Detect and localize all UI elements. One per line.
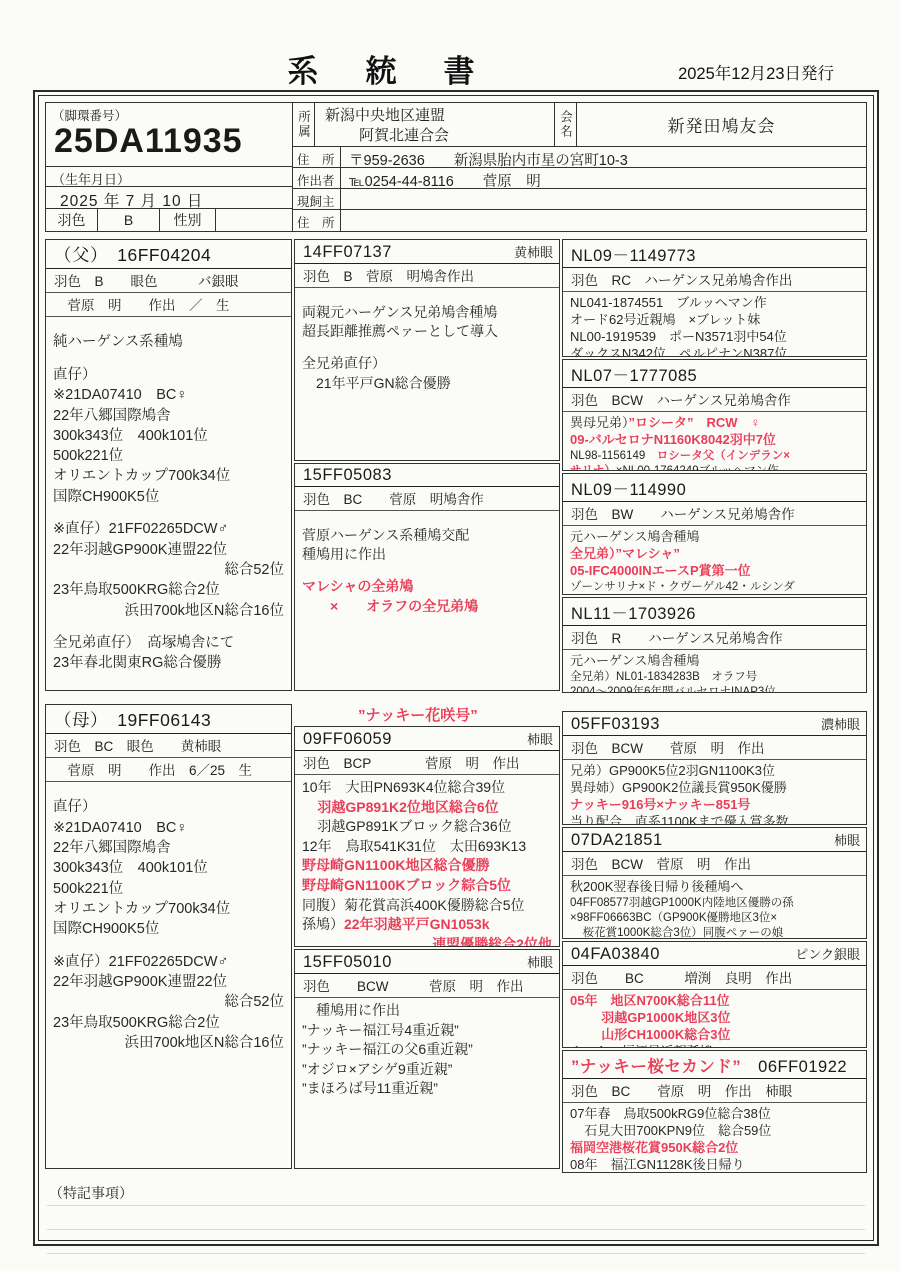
pigeon-attributes: 菅原 明 作出 6／25 生	[46, 758, 291, 782]
address-row: 住 所 〒959-2636 新潟県胎内市星の宮町10-3	[293, 147, 866, 168]
text-segment: 福岡空港桜花賞950K総合2位	[570, 1140, 738, 1155]
pedigree-cell-box: NL09－114990羽色 BW ハーゲンス兄弟鳩舎作元ハーゲンス鳩舎種鳩全兄弟…	[562, 473, 867, 595]
header-right: 所属 新潟中央地区連盟 阿賀北連合会 会名 新発田鳩友会 住 所 〒959-26…	[293, 103, 866, 231]
pedigree-line: 23年春北関東RG総合優勝	[53, 653, 284, 673]
pedigree-cell-box: 14FF07137黄柿眼羽色 B 菅原 明鳩舎作出両親元ハーゲンス兄弟鳩舎種鳩超…	[294, 239, 560, 461]
pedigree-cell-box: 15FF05083羽色 BC 菅原 明鳩舎作菅原ハーゲンス系種鳩交配種鳩用に作出…	[294, 463, 560, 691]
pedigree-notes: 直仔）※21DA07410 BC♀22年八郷国際鳩舎300k343位 400k1…	[46, 782, 291, 1168]
mother-cell: （母） 19FF06143羽色 BC 眼色 黄柿眼 菅原 明 作出 6／25 生…	[45, 704, 292, 1169]
pedigree-line: NL041-1874551 ブルッヘマン作	[570, 295, 859, 312]
pedigree-line: 総合52位	[53, 560, 284, 580]
text-segment: NL11－1703926	[571, 600, 696, 624]
pedigree-line: ※直仔）21FF02265DCW♂	[53, 952, 284, 972]
pedigree-line: 野母崎GN1100Kブロック綜合5位	[302, 876, 552, 896]
pedigree-line: ※直仔）21FF02265DCW♂	[53, 519, 284, 539]
pigeon-id: 04FA03840ピンク銀眼	[563, 942, 866, 966]
text-segment: 異母兄弟）	[570, 415, 629, 430]
text-segment: （母） 19FF06143	[54, 707, 211, 732]
special-notes-label: （特記事項）	[45, 1183, 867, 1203]
pedigree-line: 全兄弟）”マレシャ”	[570, 546, 859, 563]
pedigree-line: 05-IFC4000INエースP賞第一位	[570, 563, 859, 580]
text-segment: 野母崎GN1100Kブロック綜合5位	[302, 877, 511, 893]
great-grandparent-cell: NL07－1777085羽色 BCW ハーゲンス兄弟鳩舎作異母兄弟）”ロシータ”…	[562, 359, 867, 471]
owner-value	[341, 189, 866, 209]
affiliation-row: 所属 新潟中央地区連盟 阿賀北連合会 会名 新発田鳩友会	[293, 103, 866, 147]
pedigree-notes: 07年春 鳥取500kRG9位総合38位石見大田700KPN9位 総合59位福岡…	[563, 1103, 866, 1173]
pigeon-id: 15FF05010柿眼	[295, 950, 559, 974]
text-segment: NL09－1149773	[571, 242, 696, 266]
affiliation-label: 所属	[293, 103, 315, 146]
pedigree-line: ※21DA07410 BC♀	[53, 385, 284, 405]
text-segment: ×98FF06663BC（GP900K優勝地区3位×	[570, 912, 777, 924]
pedigree-line: NL00-1919539 ポーN3571羽中54位	[570, 329, 859, 346]
owner-address-value	[341, 210, 866, 231]
pedigree-line: 22年八郷国際鳩舎	[53, 406, 284, 426]
pedigree-cell-box: （母） 19FF06143羽色 BC 眼色 黄柿眼 菅原 明 作出 6／25 生…	[45, 704, 292, 1169]
text-segment: マレシャの全弟鳩	[302, 578, 413, 594]
pedigree-line: 直仔）	[53, 365, 284, 385]
pedigree-cell-box: 04FA03840ピンク銀眼羽色 BC 増渕 良明 作出05年 地区N700K総…	[562, 941, 867, 1048]
eye-color: 柿眼	[527, 952, 553, 971]
pedigree-line: 10年 大田PN693K4位総合39位	[302, 778, 552, 798]
pedigree-line: 500k221位	[53, 446, 284, 466]
pedigree-notes: 元ハーゲンス鳩舎種鳩全兄弟）NL01-1834283B オラフ号2004～200…	[563, 650, 866, 693]
pedigree-line: NL98-1156149 ロシータ父（インデラン×	[570, 449, 859, 464]
pedigree-line: オード62号近親鳩 ×ブレット妹	[570, 312, 859, 329]
pigeon-attributes: 羽色 RC ハーゲンス兄弟鳩舎作出	[563, 268, 866, 292]
pigeon-nickname: ”ナッキー花咲号”	[294, 704, 560, 726]
certificate-frame-inner: （脚環番号） 25DA11935 （生年月日） 2025 年 7 月 10 日 …	[38, 95, 874, 1241]
breeder-row: 作出者 ℡0254-44-8116 菅原 明	[293, 168, 866, 189]
text-segment: 総合52位	[224, 562, 284, 578]
father-cell: （父） 16FF04204羽色 B 眼色 バ銀眼 菅原 明 作出 ／ 生純ハーゲ…	[45, 239, 292, 691]
pedigree-line: オリエントカップ700k34位	[53, 899, 284, 919]
pedigree-line	[302, 291, 552, 303]
pedigree-line: 22年羽越GP900K連盟22位	[53, 540, 284, 560]
pigeon-attributes: 羽色 BCW 菅原 明 作出	[295, 974, 559, 998]
owner-row: 現飼主	[293, 189, 866, 210]
text-segment: （父） 16FF04204	[54, 242, 211, 267]
document-title: 系 統 書	[0, 46, 770, 91]
pedigree-line: サリナ）×NL00-1764249ブルッヘマン作	[570, 464, 859, 471]
pedigree-notes: 異母兄弟）”ロシータ” RCW ♀09-バルセロナN1160K8042羽中7位N…	[563, 412, 866, 471]
pedigree-notes: 両親元ハーゲンス兄弟鳩舎種鳩超長距離推薦ペァーとして導入全兄弟直仔） 21年平戸…	[295, 288, 559, 460]
pedigree-line	[53, 320, 284, 332]
father-greatgrandparents-column: NL09－1149773羽色 RC ハーゲンス兄弟鳩舎作出NL041-18745…	[562, 239, 867, 693]
text-segment: サリナ）	[570, 465, 616, 471]
pedigree-line: 国際CH900K5位	[53, 487, 284, 507]
pedigree-line: 22年八郷国際鳩舎	[53, 838, 284, 858]
pigeon-id: （父） 16FF04204	[46, 240, 291, 269]
text-segment: 07DA21851	[571, 831, 663, 850]
pedigree-line: 直仔）	[53, 797, 284, 817]
pedigree-line: 同腹）菊花賞高浜400K優勝総合5位	[302, 896, 552, 916]
text-segment: 09-バルセロナN1160K8042羽中7位	[570, 432, 776, 447]
text-segment: ロシータ父（インデラン×	[657, 450, 790, 462]
great-grandparent-cell: NL11－1703926羽色 R ハーゲンス兄弟鳩舎作元ハーゲンス鳩舎種鳩全兄弟…	[562, 597, 867, 693]
pigeon-attributes: 羽色 B 眼色 バ銀眼	[46, 269, 291, 293]
pedigree-line: 兄弟）GP900K5位2羽GN1100K3位	[570, 763, 859, 780]
club-label: 会名	[555, 103, 577, 146]
text-segment: ”ナッキー桜セカンド”	[571, 1053, 741, 1077]
pedigree-line: ×98FF06663BC（GP900K優勝地区3位×	[570, 911, 859, 926]
text-segment: NL07－1777085	[571, 362, 697, 386]
issue-date: 2025年12月23日発行	[678, 60, 834, 84]
special-notes-section: （特記事項）	[45, 1183, 867, 1257]
pigeon-id: 05FF03193濃柿眼	[563, 712, 866, 736]
text-segment: 05FF03193	[571, 715, 660, 734]
pedigree-cell-box: 05FF03193濃柿眼羽色 BCW 菅原 明 作出兄弟）GP900K5位2羽G…	[562, 711, 867, 825]
pedigree-line: 500k221位	[53, 879, 284, 899]
pedigree-line: 種鳩用に作出	[302, 545, 552, 565]
text-segment: 山形CH1000K総合3位	[601, 1027, 730, 1042]
maternal-grandfather-cell: ”ナッキー花咲号”09FF06059柿眼羽色 BCP 菅原 明 作出10年 大田…	[294, 704, 560, 947]
pedigree-line: 09-バルセロナN1160K8042羽中7位	[570, 432, 859, 449]
pedigree-line: 全兄弟直仔）	[302, 354, 552, 374]
pigeon-id: （母） 19FF06143	[46, 705, 291, 734]
pedigree-line	[302, 565, 552, 577]
pigeon-attributes: 羽色 BCP 菅原 明 作出	[295, 751, 559, 775]
ring-number: 25DA11935	[46, 124, 292, 158]
pigeon-attributes: 羽色 BC 菅原 明 作出 柿眼	[563, 1079, 866, 1103]
text-segment: × オラフの全兄弟鳩	[302, 598, 478, 614]
mother-section: （母） 19FF06143羽色 BC 眼色 黄柿眼 菅原 明 作出 6／25 生…	[45, 704, 867, 1173]
pedigree-line: ナッキー福江号近親孫鳩	[570, 1044, 859, 1048]
text-segment: 連盟優勝総合2位他	[432, 936, 560, 947]
pedigree-line: 福岡空港桜花賞950K総合2位	[570, 1140, 859, 1157]
pedigree-line: ナッキー916号×ナッキー851号	[570, 797, 859, 814]
pigeon-id: NL09－1149773	[563, 240, 866, 268]
text-segment: ”ロシータ” RCW ♀	[629, 415, 761, 430]
pedigree-line	[53, 507, 284, 519]
pedigree-notes: NL041-1874551 ブルッヘマン作オード62号近親鳩 ×ブレット妹NL0…	[563, 292, 866, 357]
pedigree-line: 浜田700k地区N総合16位	[53, 601, 284, 621]
pedigree-cell-box: 09FF06059柿眼羽色 BCP 菅原 明 作出10年 大田PN693K4位総…	[294, 726, 560, 947]
pedigree-line: 孫鳩）22年羽越平戸GN1053k	[302, 915, 552, 935]
birth-date: 2025 年 7 月 10 日	[46, 187, 292, 209]
text-segment: 石見大田700KPN9位 総合59位	[584, 1123, 771, 1138]
pedigree-line	[53, 621, 284, 633]
pedigree-line: マレシャの全弟鳩	[302, 577, 552, 597]
text-segment: 2004～2009年6年間バルセロナINAP3位	[570, 686, 776, 693]
eye-color: 柿眼	[834, 830, 860, 849]
pigeon-attributes: 羽色 BCW 菅原 明 作出	[563, 736, 866, 760]
mother-column: （母） 19FF06143羽色 BC 眼色 黄柿眼 菅原 明 作出 6／25 生…	[45, 704, 292, 1173]
pedigree-line: 種鳩用に作出	[302, 1001, 552, 1021]
pedigree-cell-box: NL07－1777085羽色 BCW ハーゲンス兄弟鳩舎作異母兄弟）”ロシータ”…	[562, 359, 867, 471]
pedigree-line: 野母崎GN1100K地区総合優勝	[302, 856, 552, 876]
great-grandparent-cell: NL09－1149773羽色 RC ハーゲンス兄弟鳩舎作出NL041-18745…	[562, 239, 867, 357]
pedigree-notes: 10年 大田PN693K4位総合39位羽越GP891K2位地区総合6位羽越GP8…	[295, 775, 559, 947]
pedigree-line: 羽越GP1000K地区3位	[570, 1010, 859, 1027]
sex-label: 性別	[160, 209, 216, 231]
pedigree-line: 異母姉）GP900K2位議長賞950K優勝	[570, 780, 859, 797]
text-segment: 浜田700k地区N総合16位	[124, 1035, 284, 1051]
pedigree-line: 2004～2009年6年間バルセロナINAP3位	[570, 685, 859, 693]
birth-date-label: （生年月日）	[46, 167, 292, 187]
pedigree-line: 04FF08577羽越GP1000K内陸地区優勝の孫	[570, 896, 859, 911]
pedigree-grid: （父） 16FF04204羽色 B 眼色 バ銀眼 菅原 明 作出 ／ 生純ハーゲ…	[45, 239, 867, 1173]
text-segment: 孫鳩）	[302, 916, 344, 932]
pedigree-line: 超長距離推薦ペァーとして導入	[302, 322, 552, 342]
pedigree-line: 山形CH1000K総合3位	[570, 1027, 859, 1044]
pigeon-id: 09FF06059柿眼	[295, 727, 559, 751]
pedigree-line: 23年鳥取500KRG総合2位	[53, 1013, 284, 1033]
owner-address-row: 住 所	[293, 210, 866, 231]
pigeon-attributes: 羽色 BC 菅原 明鳩舎作	[295, 487, 559, 511]
pedigree-line: 12年 鳥取541K31位 太田693K13	[302, 837, 552, 857]
pedigree-cell-box: NL11－1703926羽色 R ハーゲンス兄弟鳩舎作元ハーゲンス鳩舎種鳩全兄弟…	[562, 597, 867, 693]
paternal-grandmother-cell: 15FF05083羽色 BC 菅原 明鳩舎作菅原ハーゲンス系種鳩交配種鳩用に作出…	[294, 463, 560, 691]
pedigree-line	[53, 939, 284, 951]
breeder-value: ℡0254-44-8116 菅原 明	[341, 168, 866, 188]
pedigree-line: 元ハーゲンス鳩舎種鳩	[570, 529, 859, 546]
eye-color: 柿眼	[527, 729, 553, 748]
pedigree-line: 秋200K翌春後日帰り後種鳩へ	[570, 879, 859, 896]
note-ruled-line	[47, 1229, 865, 1230]
text-segment: 羽越GP1000K地区3位	[601, 1010, 730, 1025]
pigeon-id: 07DA21851柿眼	[563, 828, 866, 852]
pedigree-line: ダックスN342位 ペルピナンN387位	[570, 346, 859, 357]
pedigree-line: 純ハーゲンス系種鳩	[53, 332, 284, 352]
pedigree-line: 22年羽越GP900K連盟22位	[53, 972, 284, 992]
pigeon-id: 15FF05083	[295, 464, 559, 487]
pigeon-attributes: 羽色 BCW ハーゲンス兄弟鳩舎作	[563, 388, 866, 412]
feather-sex-row: 羽色 B 性別	[46, 209, 292, 231]
eye-color: 濃柿眼	[821, 714, 860, 733]
text-segment: ×NL00-1764249ブルッヘマン作	[616, 465, 779, 471]
text-segment: 全兄弟）”マレシャ”	[570, 546, 680, 561]
pigeon-attributes: 羽色 BCW 菅原 明 作出	[563, 852, 866, 876]
sex-value	[216, 209, 292, 231]
pedigree-line: 羽越GP891Kブロック総合36位	[302, 817, 552, 837]
pedigree-line: 桜花賞1000K総合3位）同腹ペァーの娘	[570, 926, 859, 939]
note-ruled-line	[47, 1253, 865, 1254]
pedigree-line: 23年鳥取500KRG総合2位	[53, 580, 284, 600]
pedigree-notes: 元ハーゲンス鳩舎種鳩全兄弟）”マレシャ”05-IFC4000INエースP賞第一位…	[563, 526, 866, 595]
pedigree-line: × オラフの全兄弟鳩	[302, 597, 552, 617]
mother-grandparents-column: ”ナッキー花咲号”09FF06059柿眼羽色 BCP 菅原 明 作出10年 大田…	[294, 704, 560, 1173]
text-segment: 野母崎GN1100K地区総合優勝	[302, 857, 489, 873]
pedigree-cell-box: 07DA21851柿眼羽色 BCW 菅原 明 作出秋200K翌春後日帰り後種鳩へ…	[562, 827, 867, 939]
text-segment: NL09－114990	[571, 476, 686, 500]
pedigree-line: 全兄弟直仔） 高塚鳩舎にて	[53, 633, 284, 653]
pedigree-line: 羽越GP891K2位地区総合6位	[302, 798, 552, 818]
pedigree-line: 300k343位 400k101位	[53, 426, 284, 446]
feather-color-value: B	[98, 209, 160, 231]
pedigree-cell-box: 15FF05010柿眼羽色 BCW 菅原 明 作出 種鳩用に作出”ナッキー福江号…	[294, 949, 560, 1169]
pigeon-attributes: 羽色 BW ハーゲンス兄弟鳩舎作	[563, 502, 866, 526]
pedigree-line: ”ナッキー福江号4重近親”	[302, 1021, 552, 1041]
text-segment: 15FF05010	[303, 953, 392, 972]
pigeon-attributes: 羽色 R ハーゲンス兄弟鳩舎作	[563, 626, 866, 650]
text-segment: NL98-1156149	[570, 450, 657, 462]
address-label: 住 所	[293, 147, 341, 167]
pedigree-line	[53, 785, 284, 797]
eye-color: 黄柿眼	[514, 242, 553, 261]
pedigree-line: 国際CH900K5位	[53, 919, 284, 939]
text-segment: 浜田700k地区N総合16位	[124, 603, 284, 619]
pedigree-line: ※21DA07410 BC♀	[53, 818, 284, 838]
text-segment: 05-IFC4000INエースP賞第一位	[570, 563, 751, 578]
pedigree-line	[53, 353, 284, 365]
owner-label: 現飼主	[293, 189, 341, 209]
note-ruled-line	[47, 1205, 865, 1206]
header-box: （脚環番号） 25DA11935 （生年月日） 2025 年 7 月 10 日 …	[45, 102, 867, 232]
text-segment: 09FF06059	[303, 730, 392, 749]
pigeon-id: 14FF07137黄柿眼	[295, 240, 559, 264]
pigeon-id: NL09－114990	[563, 474, 866, 502]
pedigree-cell-box: （父） 16FF04204羽色 B 眼色 バ銀眼 菅原 明 作出 ／ 生純ハーゲ…	[45, 239, 292, 691]
pedigree-line: 07年春 鳥取500kRG9位総合38位	[570, 1106, 859, 1123]
text-segment: 22年羽越平戸GN1053k	[344, 916, 490, 932]
pigeon-attributes: 羽色 B 菅原 明鳩舎作出	[295, 264, 559, 288]
pedigree-cell-box: ”ナッキー桜セカンド” 06FF01922羽色 BC 菅原 明 作出 柿眼07年…	[562, 1050, 867, 1173]
text-segment: 総合52位	[224, 994, 284, 1010]
great-grandparent-cell: 07DA21851柿眼羽色 BCW 菅原 明 作出秋200K翌春後日帰り後種鳩へ…	[562, 827, 867, 939]
certificate-frame: （脚環番号） 25DA11935 （生年月日） 2025 年 7 月 10 日 …	[33, 90, 879, 1246]
pedigree-line: 300k343位 400k101位	[53, 858, 284, 878]
mother-greatgrandparents-column: 05FF03193濃柿眼羽色 BCW 菅原 明 作出兄弟）GP900K5位2羽G…	[562, 711, 867, 1173]
pedigree-line: 浜田700k地区N総合16位	[53, 1033, 284, 1053]
pigeon-attributes: 羽色 BC 増渕 良明 作出	[563, 966, 866, 990]
pedigree-notes: 兄弟）GP900K5位2羽GN1100K3位異母姉）GP900K2位議長賞950…	[563, 760, 866, 825]
pedigree-line: 当り配合 直系1100Kまで優入賞多数	[570, 814, 859, 825]
pedigree-notes: 秋200K翌春後日帰り後種鳩へ04FF08577羽越GP1000K内陸地区優勝の…	[563, 876, 866, 939]
pigeon-attributes: 羽色 BC 眼色 黄柿眼	[46, 734, 291, 758]
text-segment: 桜花賞1000K総合3位）同腹ペァーの娘	[583, 927, 784, 939]
great-grandparent-cell: 05FF03193濃柿眼羽色 BCW 菅原 明 作出兄弟）GP900K5位2羽G…	[562, 711, 867, 825]
great-grandparent-cell: 04FA03840ピンク銀眼羽色 BC 増渕 良明 作出05年 地区N700K総…	[562, 941, 867, 1048]
pedigree-line: 元ハーゲンス鳩舎種鳩	[570, 653, 859, 670]
text-segment: ゾーンサリナ×ド・クヴーゲル42・ルシンダ	[570, 581, 795, 593]
father-column: （父） 16FF04204羽色 B 眼色 バ銀眼 菅原 明 作出 ／ 生純ハーゲ…	[45, 239, 292, 693]
club-name: 新発田鳩友会	[577, 103, 866, 146]
pedigree-line: ゾーンサリナ×ド・クヴーゲル42・ルシンダ	[570, 580, 859, 595]
text-segment: 06FF01922	[741, 1053, 847, 1077]
pedigree-line: ”まほろば号11重近親”	[302, 1079, 552, 1099]
text-segment: 04FA03840	[571, 945, 660, 964]
maternal-grandmother-cell: 15FF05010柿眼羽色 BCW 菅原 明 作出 種鳩用に作出”ナッキー福江号…	[294, 949, 560, 1169]
pedigree-line: 全兄弟）NL01-1834283B オラフ号	[570, 670, 859, 685]
paternal-grandfather-cell: 14FF07137黄柿眼羽色 B 菅原 明鳩舎作出両親元ハーゲンス兄弟鳩舎種鳩超…	[294, 239, 560, 461]
text-segment: 14FF07137	[303, 243, 392, 262]
pigeon-id: ”ナッキー桜セカンド” 06FF01922	[563, 1051, 866, 1079]
pedigree-notes: 種鳩用に作出”ナッキー福江号4重近親””ナッキー福江の父6重近親””オジロ×アシ…	[295, 998, 559, 1168]
owner-address-label: 住 所	[293, 210, 341, 231]
pedigree-line: 両親元ハーゲンス兄弟鳩舎種鳩	[302, 303, 552, 323]
pedigree-line: オリエントカップ700k34位	[53, 466, 284, 486]
pedigree-line: ”ナッキー福江の父6重近親”	[302, 1040, 552, 1060]
affiliation-line2: 阿賀北連合会	[325, 126, 554, 146]
title-bar: 系 統 書 2025年12月23日発行	[0, 46, 900, 86]
pedigree-line: 総合52位	[53, 992, 284, 1012]
text-segment: ナッキー916号×ナッキー851号	[570, 797, 750, 812]
pedigree-line: 異母兄弟）”ロシータ” RCW ♀	[570, 415, 859, 432]
pigeon-attributes: 菅原 明 作出 ／ 生	[46, 293, 291, 317]
pedigree-line: 菅原ハーゲンス系種鳩交配	[302, 526, 552, 546]
breeder-label: 作出者	[293, 168, 341, 188]
eye-color: ピンク銀眼	[795, 944, 860, 963]
affiliation-value: 新潟中央地区連盟 阿賀北連合会	[315, 103, 555, 146]
pedigree-notes: 菅原ハーゲンス系種鳩交配種鳩用に作出マレシャの全弟鳩 × オラフの全兄弟鳩	[295, 511, 559, 690]
text-segment: 15FF05083	[303, 466, 392, 485]
pigeon-id: NL11－1703926	[563, 598, 866, 626]
pigeon-id: NL07－1777085	[563, 360, 866, 388]
great-grandparent-cell: ”ナッキー桜セカンド” 06FF01922羽色 BC 菅原 明 作出 柿眼07年…	[562, 1050, 867, 1173]
pedigree-cell-box: NL09－1149773羽色 RC ハーゲンス兄弟鳩舎作出NL041-18745…	[562, 239, 867, 357]
father-grandparents-column: 14FF07137黄柿眼羽色 B 菅原 明鳩舎作出両親元ハーゲンス兄弟鳩舎種鳩超…	[294, 239, 560, 693]
pedigree-line: 21年平戸GN総合優勝	[302, 374, 552, 394]
text-segment: 04FF08577羽越GP1000K内陸地区優勝の孫	[570, 897, 794, 909]
text-segment: 羽越GP891K2位地区総合6位	[317, 799, 498, 815]
feather-color-label: 羽色	[46, 209, 98, 231]
pedigree-notes: 純ハーゲンス系種鳩直仔）※21DA07410 BC♀22年八郷国際鳩舎300k3…	[46, 317, 291, 690]
header-left: （脚環番号） 25DA11935 （生年月日） 2025 年 7 月 10 日 …	[46, 103, 293, 231]
ring-number-cell: （脚環番号） 25DA11935	[46, 103, 292, 167]
pedigree-line: 石見大田700KPN9位 総合59位	[570, 1123, 859, 1140]
text-segment: 羽越GP891Kブロック総合36位	[317, 818, 511, 834]
text-segment: 全兄弟）NL01-1834283B オラフ号	[570, 671, 757, 683]
ring-number-label: （脚環番号）	[46, 103, 292, 124]
great-grandparent-cell: NL09－114990羽色 BW ハーゲンス兄弟鳩舎作元ハーゲンス鳩舎種鳩全兄弟…	[562, 473, 867, 595]
pedigree-line: 05年 地区N700K総合11位	[570, 993, 859, 1010]
pedigree-line: ”オジロ×アシゲ9重近親”	[302, 1060, 552, 1080]
pedigree-line	[302, 342, 552, 354]
pedigree-line	[302, 514, 552, 526]
father-section: （父） 16FF04204羽色 B 眼色 バ銀眼 菅原 明 作出 ／ 生純ハーゲ…	[45, 239, 867, 693]
pedigree-line: 08年 福江GN1128K後日帰り	[570, 1157, 859, 1173]
affiliation-line1: 新潟中央地区連盟	[325, 106, 554, 126]
pedigree-line: 連盟優勝総合2位他	[302, 935, 552, 947]
text-segment: 05年 地区N700K総合11位	[570, 993, 730, 1008]
address-value: 〒959-2636 新潟県胎内市星の宮町10-3	[341, 147, 866, 167]
pedigree-notes: 05年 地区N700K総合11位羽越GP1000K地区3位山形CH1000K総合…	[563, 990, 866, 1048]
